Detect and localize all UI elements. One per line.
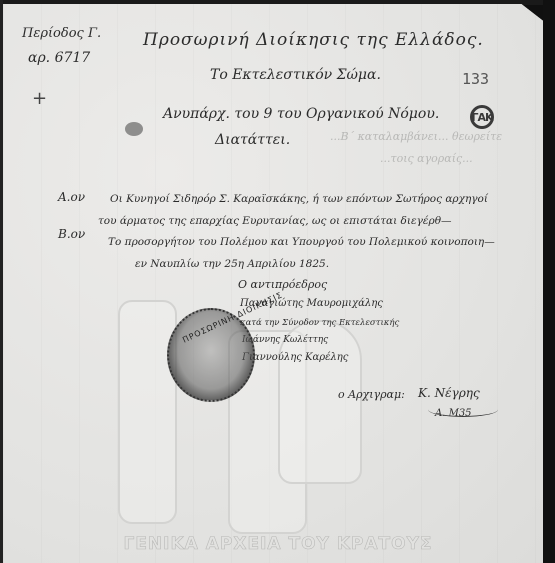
- scan-border-left: [0, 0, 3, 563]
- law-reference: Ανυπάρχ. του 9 του Οργανικού Νόμου.: [163, 106, 439, 122]
- watermark-emboss-1: [118, 300, 177, 524]
- signature-flourish: [428, 402, 498, 417]
- heading-provisional-administration: Προσωρινή Διοίκησις της Ελλάδος.: [143, 30, 484, 50]
- scan-border-right: [543, 0, 555, 563]
- margin-note-number: αρ. 6717: [28, 50, 90, 66]
- closing-line-3: Ιωάννης Κωλέττης: [242, 335, 328, 345]
- article-a-line-1: Οι Κυνηγοί Σιδηρόρ Σ. Καραϊσκάκης, ή των…: [110, 193, 488, 205]
- archive-footer-watermark: ΓΕΝΙΚΑ ΑΡΧΕΙΑ ΤΟΥ ΚΡΑΤΟΥΣ: [103, 534, 453, 554]
- secretary-name: Κ. Νέγρης: [418, 386, 480, 400]
- decree-word: Διατάττει.: [215, 132, 290, 148]
- closing-line-2: κατά την Σύνοδον της Εκτελεστικής: [240, 318, 399, 328]
- cross-mark-icon: +: [32, 88, 47, 109]
- subheading-executive-body: Το Εκτελεστικόν Σώμα.: [210, 67, 381, 83]
- closing-vice-president: Ο αντιπρόεδρος: [238, 278, 327, 291]
- archive-page-number: 133: [462, 70, 489, 88]
- article-b-line-1: Το προσοργήτον του Πολέμου και Υπουργού …: [108, 236, 495, 248]
- bleedthrough-text-2: ...τοις αγοραίς...: [380, 152, 473, 165]
- signature-2: Γιαννούλης Καρέλης: [242, 352, 348, 363]
- article-b-marker: Β.ον: [58, 227, 85, 241]
- secretary-label: ο Αρχιγραμ:: [338, 388, 405, 401]
- article-a-line-2: του άρματος της επαρχίας Ευρυτανίας, ως …: [98, 215, 452, 227]
- archive-monogram-icon: ΓΑΚ: [470, 105, 494, 129]
- margin-note-period: Περίοδος Γ.: [22, 26, 101, 41]
- article-a-marker: Α.ον: [58, 190, 85, 204]
- article-b-line-2: εν Ναυπλίω την 25η Απριλίου 1825.: [135, 258, 329, 270]
- bleedthrough-text-1: ...Β΄ καταλαμβάνει... θεωρείτε: [330, 130, 502, 143]
- ink-blot: [125, 122, 143, 136]
